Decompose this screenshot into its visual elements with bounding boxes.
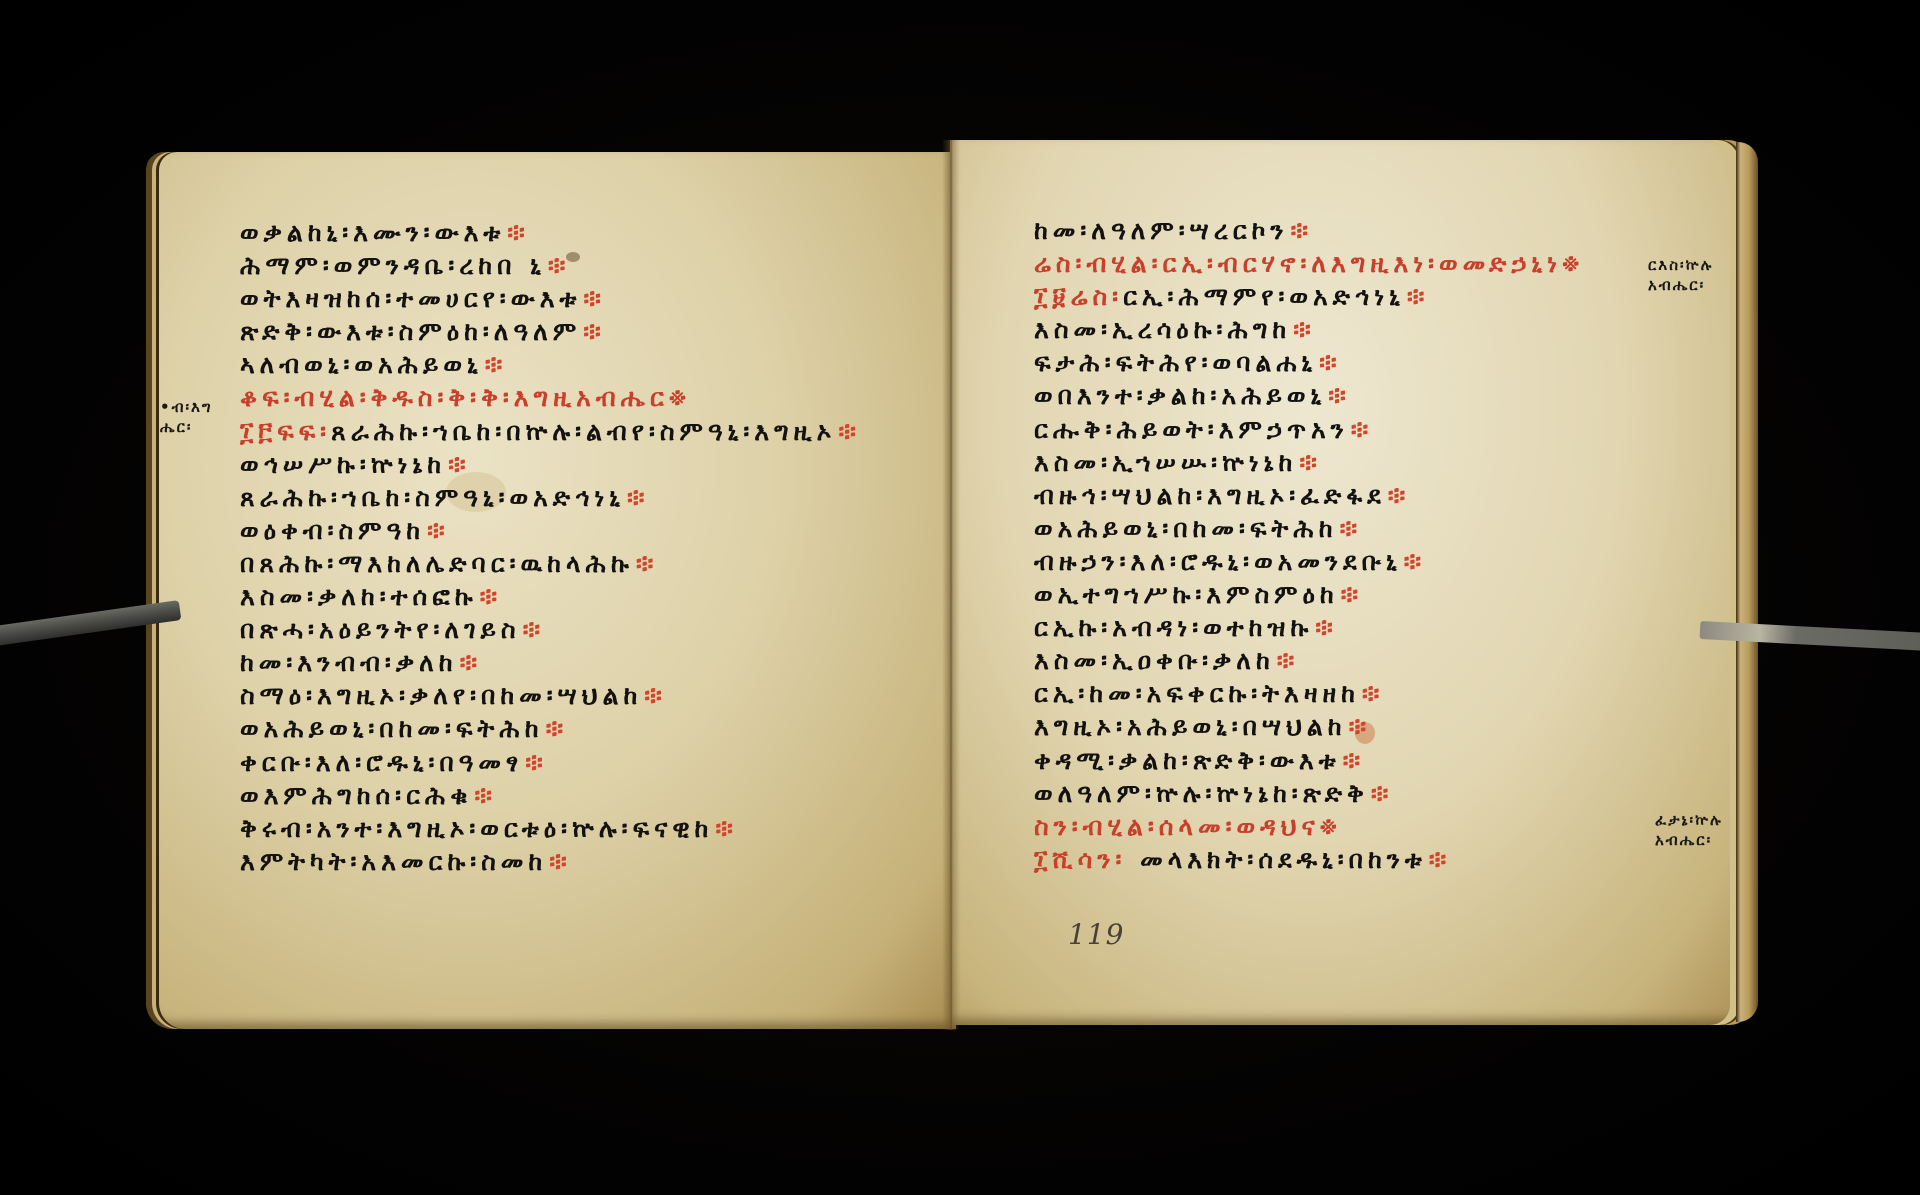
verse-divider-icon: ፨ (636, 549, 659, 578)
manuscript-line: ወትእዛዝከሰ፡ተመሀርየ፡ውእቱ፨ (240, 282, 861, 315)
folio-number: 119 (1068, 918, 1124, 951)
manuscript-line: ቀዳሚ፡ቃልከ፡ጽድቅ፡ውእቱ፨ (1034, 744, 1584, 777)
verse-divider-icon: ፨ (1404, 547, 1427, 576)
line-text: ርኢ፡ከመ፡አፍቀርኩ፡ትእዛዘከ (1034, 679, 1360, 708)
manuscript-line: ርሑቅ፡ሕይወት፡እምኃጥአን፨ (1034, 413, 1584, 446)
manuscript-line: ኣለብወኒ፡ወአሕይወኒ፨ (240, 348, 861, 381)
line-text: በጽሓ፡አዕይንትየ፡ለገይስ (240, 615, 521, 644)
verse-divider-icon: ፨ (474, 781, 497, 810)
line-text: ወእምሕግከሰ፡ርሕቁ (240, 781, 472, 810)
verse-divider-icon: ፨ (1299, 448, 1322, 477)
manuscript-line: ቆፍ፡ብሂል፡ቅዱስ፡ቅ፡ቅ፡እግዚአብሔር፠ (240, 381, 861, 414)
manuscript-line: ብዙኅ፡ሣህልከ፡እግዚኦ፡ፈድፋደ፨ (1034, 479, 1584, 512)
verse-divider-icon: ፨ (523, 615, 546, 644)
line-text: እስመ፡ቃለከ፡ተሰፎኩ (240, 582, 478, 611)
line-text: ጸራሕኩ፡ኀቤከ፡ስምዓኒ፡ወአድኅነኒ (240, 483, 625, 512)
verse-divider-icon: ፨ (1277, 646, 1300, 675)
verse-divider-icon: ፨ (1315, 613, 1338, 642)
manuscript-line: ወእምሕግከሰ፡ርሕቁ፨ (240, 779, 861, 812)
verse-divider-icon: ፨ (485, 350, 508, 379)
manuscript-line: ጸራሕኩ፡ኀቤከ፡ስምዓኒ፡ወአድኅነኒ፨ (240, 481, 861, 514)
line-text: ወትእዛዝከሰ፡ተመሀርየ፡ውእቱ (240, 284, 581, 313)
manuscript-line: ጽድቅ፡ውእቱ፡ስምዕከ፡ለዓለም፨ (240, 315, 861, 348)
line-text: ወኢተግኀሥኩ፡እምስምዕከ (1034, 580, 1339, 609)
line-text: ወአሕይወኒ፡በከመ፡ፍትሕከ (240, 714, 544, 743)
manuscript-line: እስመ፡ኢረሳዕኩ፡ሕግከ፨ (1034, 313, 1584, 346)
verse-divider-icon: ፨ (1328, 381, 1351, 410)
left-margin-note: •ብ፡እግ ሔር፡ (160, 397, 213, 437)
manuscript-line: ፲ሺሳን፡ መላእክት፡ሰደዱኒ፡በከንቱ፨ (1034, 843, 1584, 876)
manuscript-line: እስመ፡ኢኀሠሡ፡ኵነኔከ፨ (1034, 446, 1584, 479)
manuscript-line: እስመ፡ኢዐቀቡ፡ቃለከ፨ (1034, 644, 1584, 677)
manuscript-line: ወኢተግኀሥኩ፡እምስምዕከ፨ (1034, 578, 1584, 611)
verse-divider-icon: ፨ (507, 218, 530, 247)
line-text: ወኅሠሥኩ፡ኵነኔከ (240, 450, 446, 479)
verse-divider-icon: ፨ (1340, 514, 1363, 543)
verse-divider-icon: ፨ (715, 814, 738, 843)
line-text: ቅሩብ፡አንተ፡እግዚኦ፡ወርቱዕ፡ኵሉ፡ፍናዊከ (240, 814, 713, 843)
line-text: ስን፡ብሂል፡ሰላመ፡ወዳህና (1034, 812, 1320, 841)
margin-note-line: አብሔር፡ (1648, 275, 1713, 295)
manuscript-line: ርኢኩ፡አብዳነ፡ወተከዝኩ፨ (1034, 611, 1584, 644)
verse-divider-icon: ፨ (549, 847, 572, 876)
verse-divider-icon: ፨ (1429, 845, 1452, 874)
verse-divider-icon: ፨ (644, 681, 667, 710)
margin-note-line: ፈታኔ፡ኵሉ (1655, 810, 1723, 830)
line-text: ብዙኃን፡እለ፡ሮዱኒ፡ወአመንደቡኒ (1034, 547, 1402, 576)
line-text: እምትካት፡አእመርኩ፡ስመከ (240, 847, 547, 876)
manuscript-line: ወቃልከኒ፡እሙን፡ውእቱ፨ (240, 216, 861, 249)
right-margin-note-bottom: ፈታኔ፡ኵሉ አብሔር፡ (1655, 810, 1723, 850)
verse-divider-icon: ፨ (583, 317, 606, 346)
verse-divider-icon: ፨ (1388, 481, 1411, 510)
verse-divider-icon: ፨ (838, 417, 861, 446)
line-text: ወበእንተ፡ቃልከ፡አሕይወኒ (1034, 381, 1326, 410)
right-margin-note-top: ርእስ፡ኵሉ አብሔር፡ (1648, 255, 1713, 295)
rubric-prefix: ፲፱ሬስ፡ (1034, 282, 1123, 311)
manuscript-line: ወዕቀብ፡ስምዓከ፨ (240, 514, 861, 547)
manuscript-line: ሕማም፡ወምንዳቤ፡ረከበ ኒ፨ (240, 249, 861, 282)
verse-divider-icon: ፨ (548, 251, 571, 280)
line-text: ስማዕ፡እግዚኦ፡ቃለየ፡በከመ፡ሣህልከ (240, 681, 642, 710)
spine-gutter (942, 140, 960, 1030)
manuscript-line: ከመ፡እንብብ፡ቃለከ፨ (240, 646, 861, 679)
manuscript-line: በጽሓ፡አዕይንትየ፡ለገይስ፨ (240, 613, 861, 646)
line-text: ርኢ፡ሕማምየ፡ወአድኅነኒ (1123, 282, 1405, 311)
verse-divider-icon: ፨ (1319, 348, 1342, 377)
manuscript-line: ብዙኃን፡እለ፡ሮዱኒ፡ወአመንደቡኒ፨ (1034, 545, 1584, 578)
verse-divider-icon: ፨ (480, 582, 503, 611)
line-text: እስመ፡ኢዐቀቡ፡ቃለከ (1034, 646, 1275, 675)
line-text: ቆፍ፡ብሂል፡ቅዱስ፡ቅ፡ቅ፡እግዚአብሔር (240, 383, 669, 412)
manuscript-line: ወኅሠሥኩ፡ኵነኔከ፨ (240, 448, 861, 481)
margin-note-line: ሔር፡ (160, 417, 213, 437)
manuscript-line: ፲፫ፍፍ፡ጸራሕኩ፡ኀቤከ፡በኵሉ፡ልብየ፡ስምዓኒ፡እግዚኦ፨ (240, 415, 861, 448)
verse-divider-icon: ፨ (460, 648, 483, 677)
line-text: ሬስ፡ብሂል፡ርኢ፡ብርሃኖ፡ለእግዚእነ፡ወመድኃኒነ (1034, 249, 1562, 278)
line-text: እግዚኦ፡አሕይወኒ፡በሣህልከ (1034, 712, 1347, 741)
manuscript-line: ርኢ፡ከመ፡አፍቀርኩ፡ትእዛዘከ፨ (1034, 677, 1584, 710)
line-text: ወዕቀብ፡ስምዓከ (240, 516, 425, 545)
verse-divider-icon: ፨ (427, 516, 450, 545)
manuscript-line: ወበእንተ፡ቃልከ፡አሕይወኒ፨ (1034, 379, 1584, 412)
line-text: ቀርቡ፡እለ፡ሮዱኒ፡በዓመፃ (240, 748, 523, 777)
line-text: ጽድቅ፡ውእቱ፡ስምዕከ፡ለዓለም (240, 317, 581, 346)
manuscript-line: እግዚኦ፡አሕይወኒ፡በሣህልከ፨ (1034, 710, 1584, 743)
verse-divider-icon: ፨ (1341, 580, 1364, 609)
line-text: ርሑቅ፡ሕይወት፡እምኃጥአን (1034, 415, 1349, 444)
verse-divider-icon: ፨ (1407, 282, 1430, 311)
margin-note-line: አብሔር፡ (1655, 830, 1723, 850)
verse-divider-icon: ፨ (1290, 216, 1313, 245)
line-text: ፍታሕ፡ፍትሕየ፡ወባልሐኒ (1034, 348, 1317, 377)
manuscript-line: ወለዓለም፡ኵሉ፡ኵነኔከ፡ጽድቅ፨ (1034, 777, 1584, 810)
manuscript-line: እስመ፡ቃለከ፡ተሰፎኩ፨ (240, 580, 861, 613)
line-text: ጸራሕኩ፡ኀቤከ፡በኵሉ፡ልብየ፡ስምዓኒ፡እግዚኦ (331, 417, 836, 446)
verse-divider-icon: ፨ (627, 483, 650, 512)
manuscript-line: ቅሩብ፡አንተ፡እግዚኦ፡ወርቱዕ፡ኵሉ፡ፍናዊከ፨ (240, 812, 861, 845)
verse-divider-icon: ፨ (583, 284, 606, 313)
right-page: ከመ፡ለዓለም፡ሣረርኮን፨ሬስ፡ብሂል፡ርኢ፡ብርሃኖ፡ለእግዚእነ፡ወመድኃ… (950, 140, 1750, 1025)
verse-divider-icon: ፨ (1351, 415, 1374, 444)
manuscript-line: ቀርቡ፡እለ፡ሮዱኒ፡በዓመፃ፨ (240, 746, 861, 779)
line-text: እስመ፡ኢኀሠሡ፡ኵነኔከ (1034, 448, 1297, 477)
line-text: ከመ፡ለዓለም፡ሣረርኮን (1034, 216, 1288, 245)
line-text: ከመ፡እንብብ፡ቃለከ (240, 648, 458, 677)
verse-divider-icon: ፨ (1343, 746, 1366, 775)
line-text: ወለዓለም፡ኵሉ፡ኵነኔከ፡ጽድቅ (1034, 779, 1369, 808)
manuscript-line: ስማዕ፡እግዚኦ፡ቃለየ፡በከመ፡ሣህልከ፨ (240, 679, 861, 712)
line-text: ወአሕይወኒ፡በከመ፡ፍትሕከ (1034, 514, 1338, 543)
verse-divider-icon: ፨ (525, 748, 548, 777)
line-text: ኣለብወኒ፡ወአሕይወኒ (240, 350, 483, 379)
manuscript-line: ፍታሕ፡ፍትሕየ፡ወባልሐኒ፨ (1034, 346, 1584, 379)
section-mark-icon: ፠ (669, 383, 691, 412)
manuscript-line: ወአሕይወኒ፡በከመ፡ፍትሕከ፨ (240, 712, 861, 745)
manuscript-line: ከመ፡ለዓለም፡ሣረርኮን፨ (1034, 214, 1584, 247)
line-text: መላእክት፡ሰደዱኒ፡በከንቱ (1126, 845, 1426, 874)
verse-divider-icon: ፨ (1349, 712, 1372, 741)
manuscript-line: ፲፱ሬስ፡ርኢ፡ሕማምየ፡ወአድኅነኒ፨ (1034, 280, 1584, 313)
line-text: ቀዳሚ፡ቃልከ፡ጽድቅ፡ውእቱ (1034, 746, 1341, 775)
open-manuscript: ወቃልከኒ፡እሙን፡ውእቱ፨ሕማም፡ወምንዳቤ፡ረከበ ኒ፨ወትእዛዝከሰ፡ተመ… (146, 132, 1766, 1032)
line-text: እስመ፡ኢረሳዕኩ፡ሕግከ (1034, 315, 1291, 344)
fore-edge (1736, 142, 1758, 1022)
left-page: ወቃልከኒ፡እሙን፡ውእቱ፨ሕማም፡ወምንዳቤ፡ረከበ ኒ፨ወትእዛዝከሰ፡ተመ… (146, 152, 956, 1029)
manuscript-line: ሬስ፡ብሂል፡ርኢ፡ብርሃኖ፡ለእግዚእነ፡ወመድኃኒነ፠ (1034, 247, 1584, 280)
left-page-text: ወቃልከኒ፡እሙን፡ውእቱ፨ሕማም፡ወምንዳቤ፡ረከበ ኒ፨ወትእዛዝከሰ፡ተመ… (240, 216, 861, 878)
manuscript-line: እምትካት፡አእመርኩ፡ስመከ፨ (240, 845, 861, 878)
verse-divider-icon: ፨ (448, 450, 471, 479)
verse-divider-icon: ፨ (1293, 315, 1316, 344)
line-text: ወቃልከኒ፡እሙን፡ውእቱ (240, 218, 505, 247)
line-text: በጸሕኩ፡ማእከለሌድባር፡ዉከላሕኩ (240, 549, 634, 578)
manuscript-line: ስን፡ብሂል፡ሰላመ፡ወዳህና፠ (1034, 810, 1584, 843)
right-page-text: ከመ፡ለዓለም፡ሣረርኮን፨ሬስ፡ብሂል፡ርኢ፡ብርሃኖ፡ለእግዚእነ፡ወመድኃ… (1034, 214, 1584, 876)
line-text: ብዙኅ፡ሣህልከ፡እግዚኦ፡ፈድፋደ (1034, 481, 1386, 510)
verse-divider-icon: ፨ (546, 714, 569, 743)
manuscript-photo: ወቃልከኒ፡እሙን፡ውእቱ፨ሕማም፡ወምንዳቤ፡ረከበ ኒ፨ወትእዛዝከሰ፡ተመ… (0, 0, 1920, 1195)
rubric-prefix: ፲ሺሳን፡ (1034, 845, 1126, 874)
margin-note-line: ርእስ፡ኵሉ (1648, 255, 1713, 275)
margin-note-line: •ብ፡እግ (160, 397, 213, 417)
verse-divider-icon: ፨ (1371, 779, 1394, 808)
line-text: ሕማም፡ወምንዳቤ፡ረከበ ኒ (240, 251, 546, 280)
manuscript-line: በጸሕኩ፡ማእከለሌድባር፡ዉከላሕኩ፨ (240, 547, 861, 580)
section-mark-icon: ፠ (1562, 249, 1584, 278)
line-text: ርኢኩ፡አብዳነ፡ወተከዝኩ (1034, 613, 1313, 642)
verse-divider-icon: ፨ (1362, 679, 1385, 708)
section-mark-icon: ፠ (1320, 812, 1342, 841)
rubric-prefix: ፲፫ፍፍ፡ (240, 417, 331, 446)
manuscript-line: ወአሕይወኒ፡በከመ፡ፍትሕከ፨ (1034, 512, 1584, 545)
